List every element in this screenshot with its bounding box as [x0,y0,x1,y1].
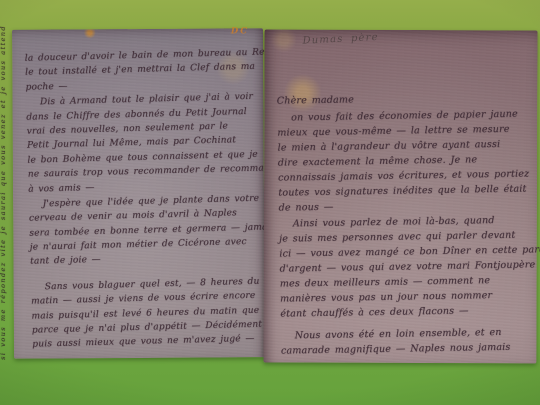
right-page-paragraphs: on vous fait des économies de papier jau… [277,106,537,358]
paragraph: Nous avons été en loin ensemble, et enca… [281,324,537,358]
margin-note: si vous me répondez vite je saurai que v… [0,26,12,360]
salutation: Chère madame [277,89,533,108]
paragraph: la douceur d'avoir le bain de mon bureau… [25,46,259,95]
paragraph: Dis à Armand tout le plaisir que j'ai à … [26,90,262,197]
handwriting-line: camarade magnifique — Naples nous jamais [281,339,537,358]
letter-photo: si vous me répondez vite je saurai que v… [0,0,540,405]
paragraph: Sans vous blaguer quel est, — 8 heures d… [31,274,266,352]
left-page-text: la douceur d'avoir le bain de mon bureau… [12,23,271,352]
letter-page-right: Dumas père Chère madame on vous fait des… [263,30,537,364]
handwriting-line: étant chauffés à ces deux flacons — [280,302,536,321]
paragraph: Ainsi vous parlez de moi là-bas, quandje… [279,212,537,321]
right-page-text: Chère madame on vous fait des économies … [265,25,540,358]
paragraph: on vous fait des économies de papier jau… [277,106,535,215]
letter-page-left: DC la douceur d'avoir le bain de mon bur… [12,28,265,359]
paragraph: J'espère que l'idée que je plante dans v… [28,191,263,269]
